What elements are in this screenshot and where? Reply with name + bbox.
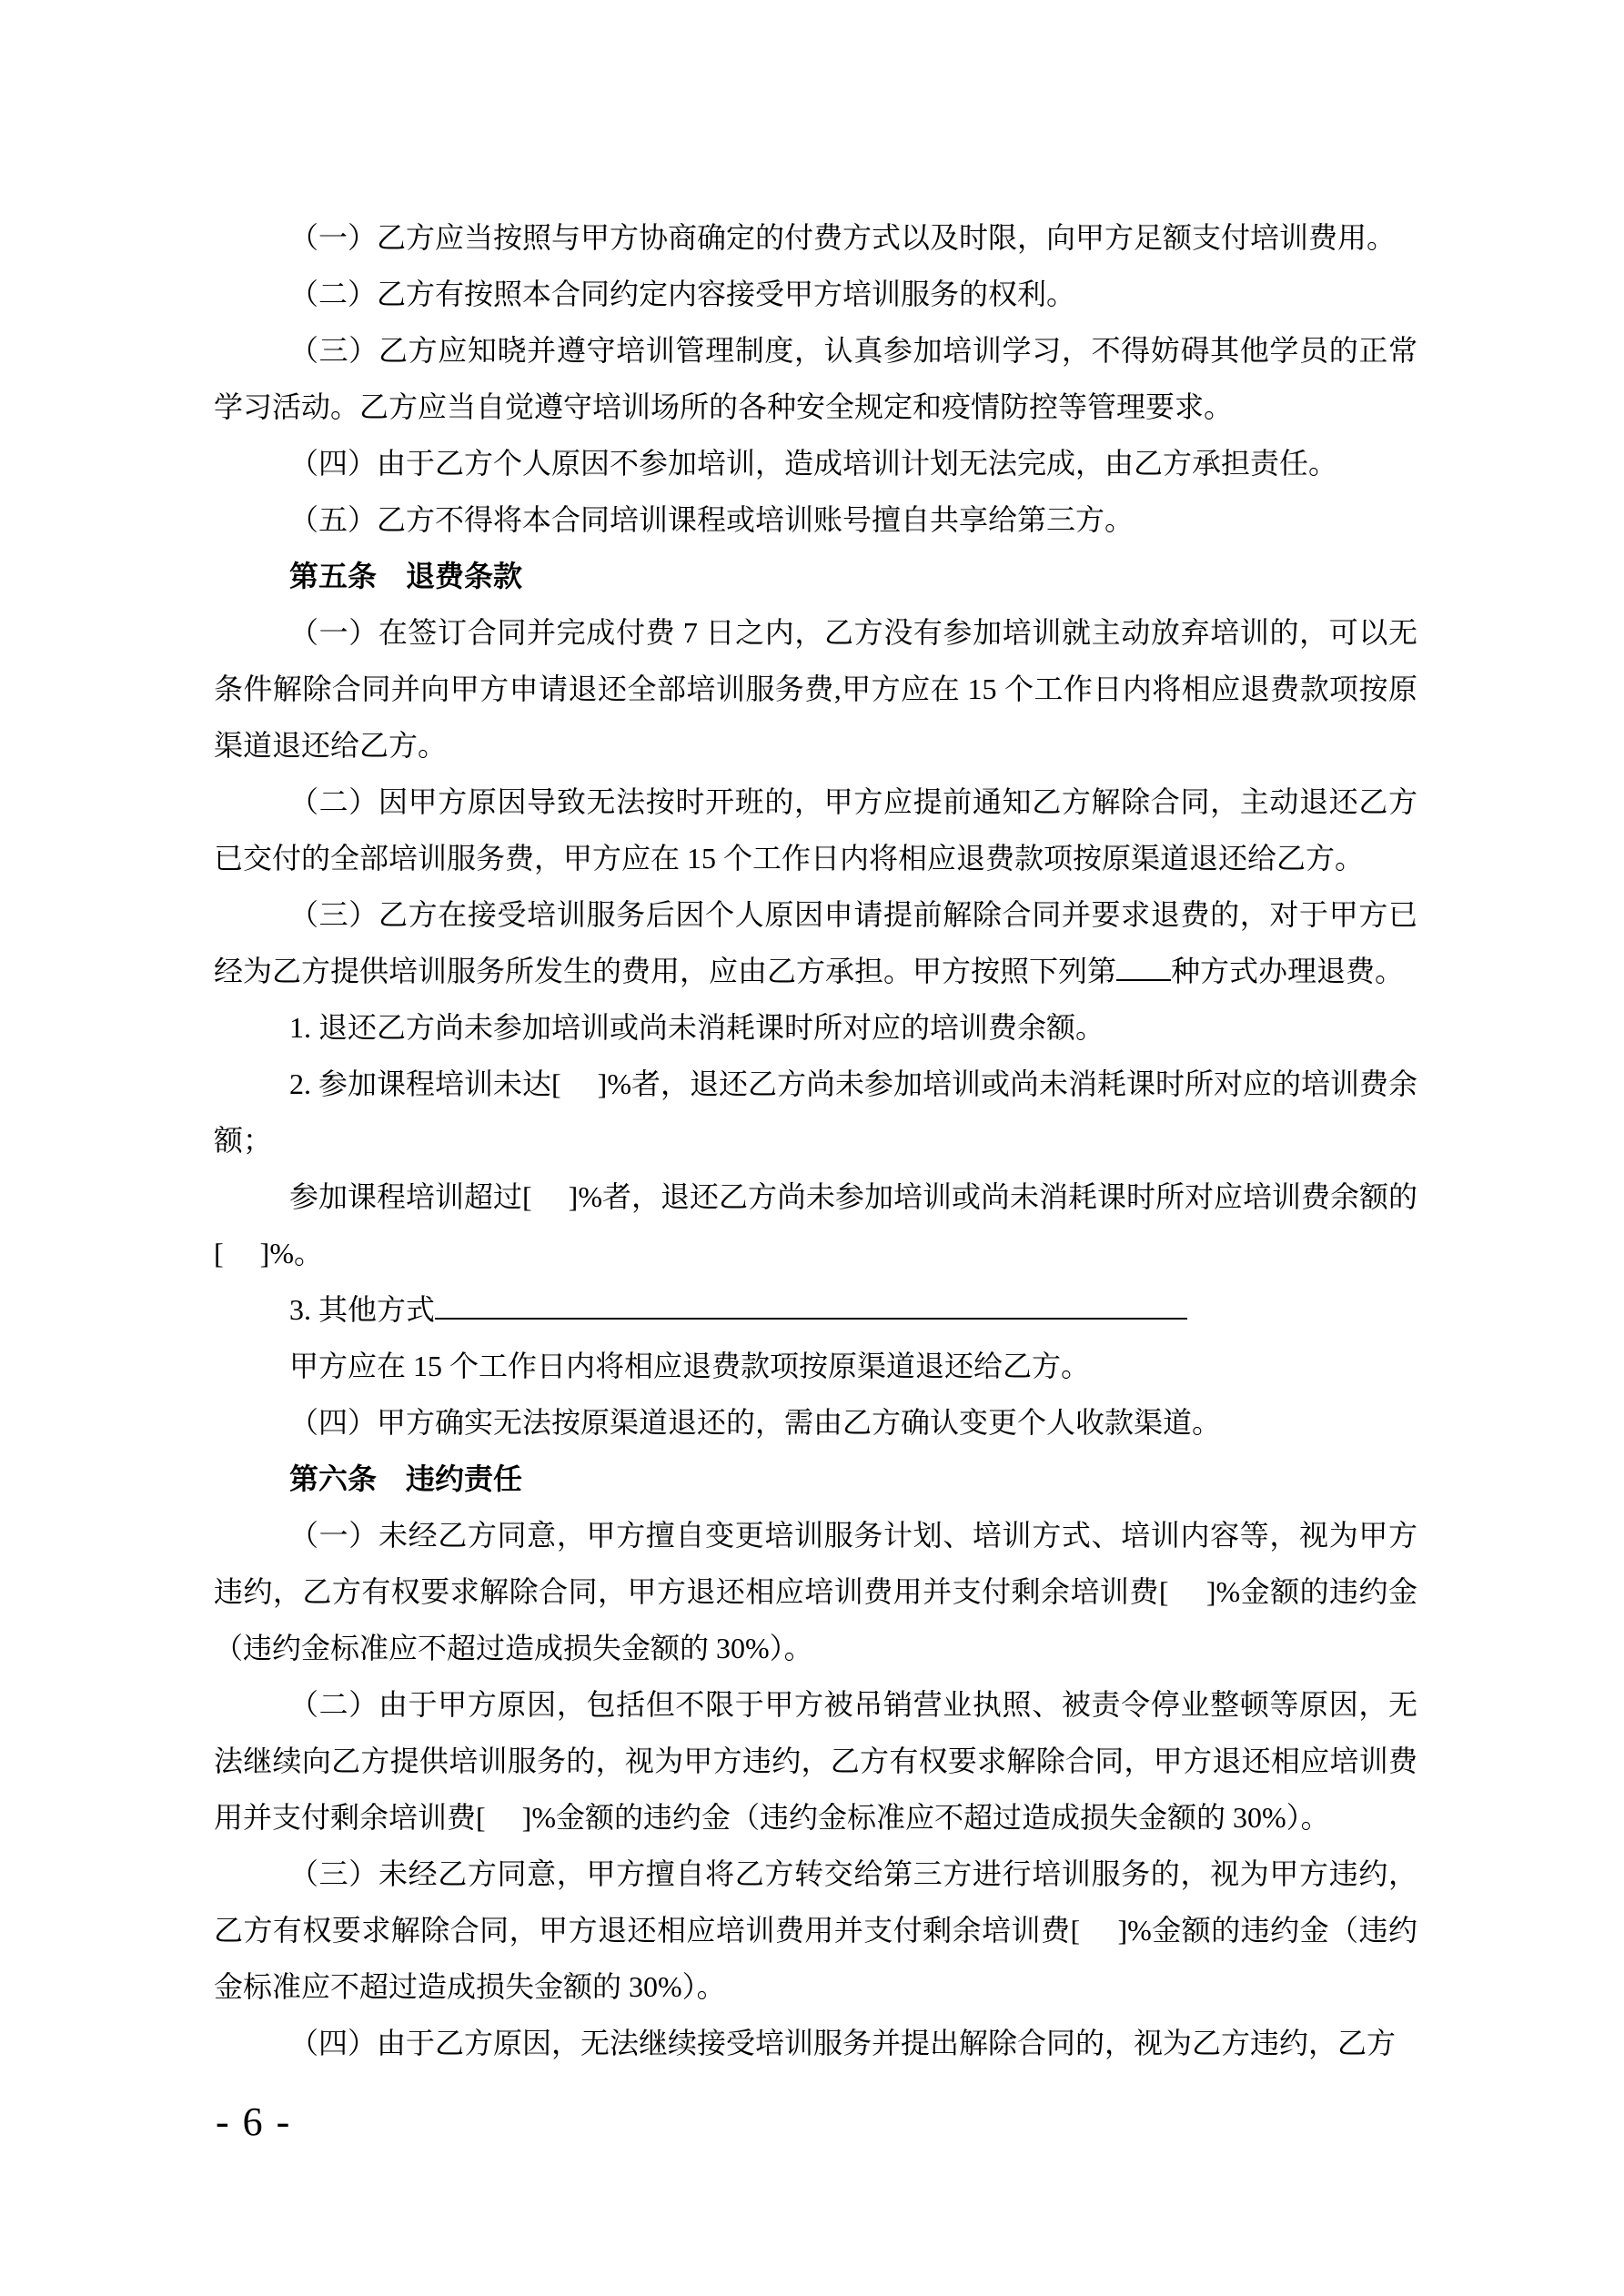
contract-body: （一）乙方应当按照与甲方协商确定的付费方式以及时限，向甲方足额支付培训费用。 （… [214, 209, 1417, 2071]
refund-item-1: （一）在签订合同并完成付费 7 日之内，乙方没有参加培训就主动放弃培训的，可以无… [214, 604, 1417, 774]
breach-item-2: （二）由于甲方原因，包括但不限于甲方被吊销营业执照、被责令停业整顿等原因，无法继… [214, 1676, 1417, 1846]
refund-item-3: （三）乙方在接受培训服务后因个人原因申请提前解除合同并要求退费的，对于甲方已经为… [214, 886, 1417, 999]
breach-item-1: （一）未经乙方同意，甲方擅自变更培训服务计划、培训方式、培训内容等，视为甲方违约… [214, 1507, 1417, 1676]
refund-item-4: （四）甲方确实无法按原渠道退还的，需由乙方确认变更个人收款渠道。 [214, 1394, 1417, 1451]
refund-method-1: 1. 退还乙方尚未参加培训或尚未消耗课时所对应的培训费余额。 [214, 999, 1417, 1056]
item-3-discipline-obligation: （三）乙方应知晓并遵守培训管理制度，认真参加培训学习，不得妨碍其他学员的正常学习… [214, 322, 1417, 435]
breach-item-3: （三）未经乙方同意，甲方擅自将乙方转交给第三方进行培训服务的，视为甲方违约，乙方… [214, 1846, 1417, 2015]
refund-method-2: 2. 参加课程培训未达[ ]%者，退还乙方尚未参加培训或尚未消耗课时所对应的培训… [214, 1056, 1417, 1168]
item-1-payment-obligation: （一）乙方应当按照与甲方协商确定的付费方式以及时限，向甲方足额支付培训费用。 [214, 209, 1417, 266]
refund-method-number-blank [1116, 952, 1171, 981]
other-method-blank [435, 1290, 1187, 1320]
refund-method-3-label: 3. 其他方式 [289, 1293, 435, 1326]
item-2-right-to-service: （二）乙方有按照本合同约定内容接受甲方培训服务的权利。 [214, 266, 1417, 322]
contract-page: （一）乙方应当按照与甲方协商确定的付费方式以及时限，向甲方足额支付培训费用。 （… [0, 0, 1624, 2296]
refund-method-3-other: 3. 其他方式 [214, 1281, 1417, 1338]
breach-item-4-truncated: （四）由于乙方原因，无法继续接受培训服务并提出解除合同的，视为乙方违约，乙方 [214, 2015, 1417, 2071]
refund-method-2-continued: 参加课程培训超过[ ]%者，退还乙方尚未参加培训或尚未消耗课时所对应培训费余额的… [214, 1168, 1417, 1281]
refund-timeline: 甲方应在 15 个工作日内将相应退费款项按原渠道退还给乙方。 [214, 1338, 1417, 1394]
item-5-no-sharing: （五）乙方不得将本合同培训课程或培训账号擅自共享给第三方。 [214, 491, 1417, 548]
refund-item-3-text-after-blank: 种方式办理退费。 [1171, 955, 1404, 987]
page-number: - 6 - [216, 2102, 291, 2142]
clause-6-breach-heading: 第六条 违约责任 [214, 1451, 1417, 1507]
clause-5-refund-heading: 第五条 退费条款 [214, 548, 1417, 604]
item-4-absence-responsibility: （四）由于乙方个人原因不参加培训，造成培训计划无法完成，由乙方承担责任。 [214, 435, 1417, 491]
refund-item-2: （二）因甲方原因导致无法按时开班的，甲方应提前通知乙方解除合同，主动退还乙方已交… [214, 774, 1417, 886]
